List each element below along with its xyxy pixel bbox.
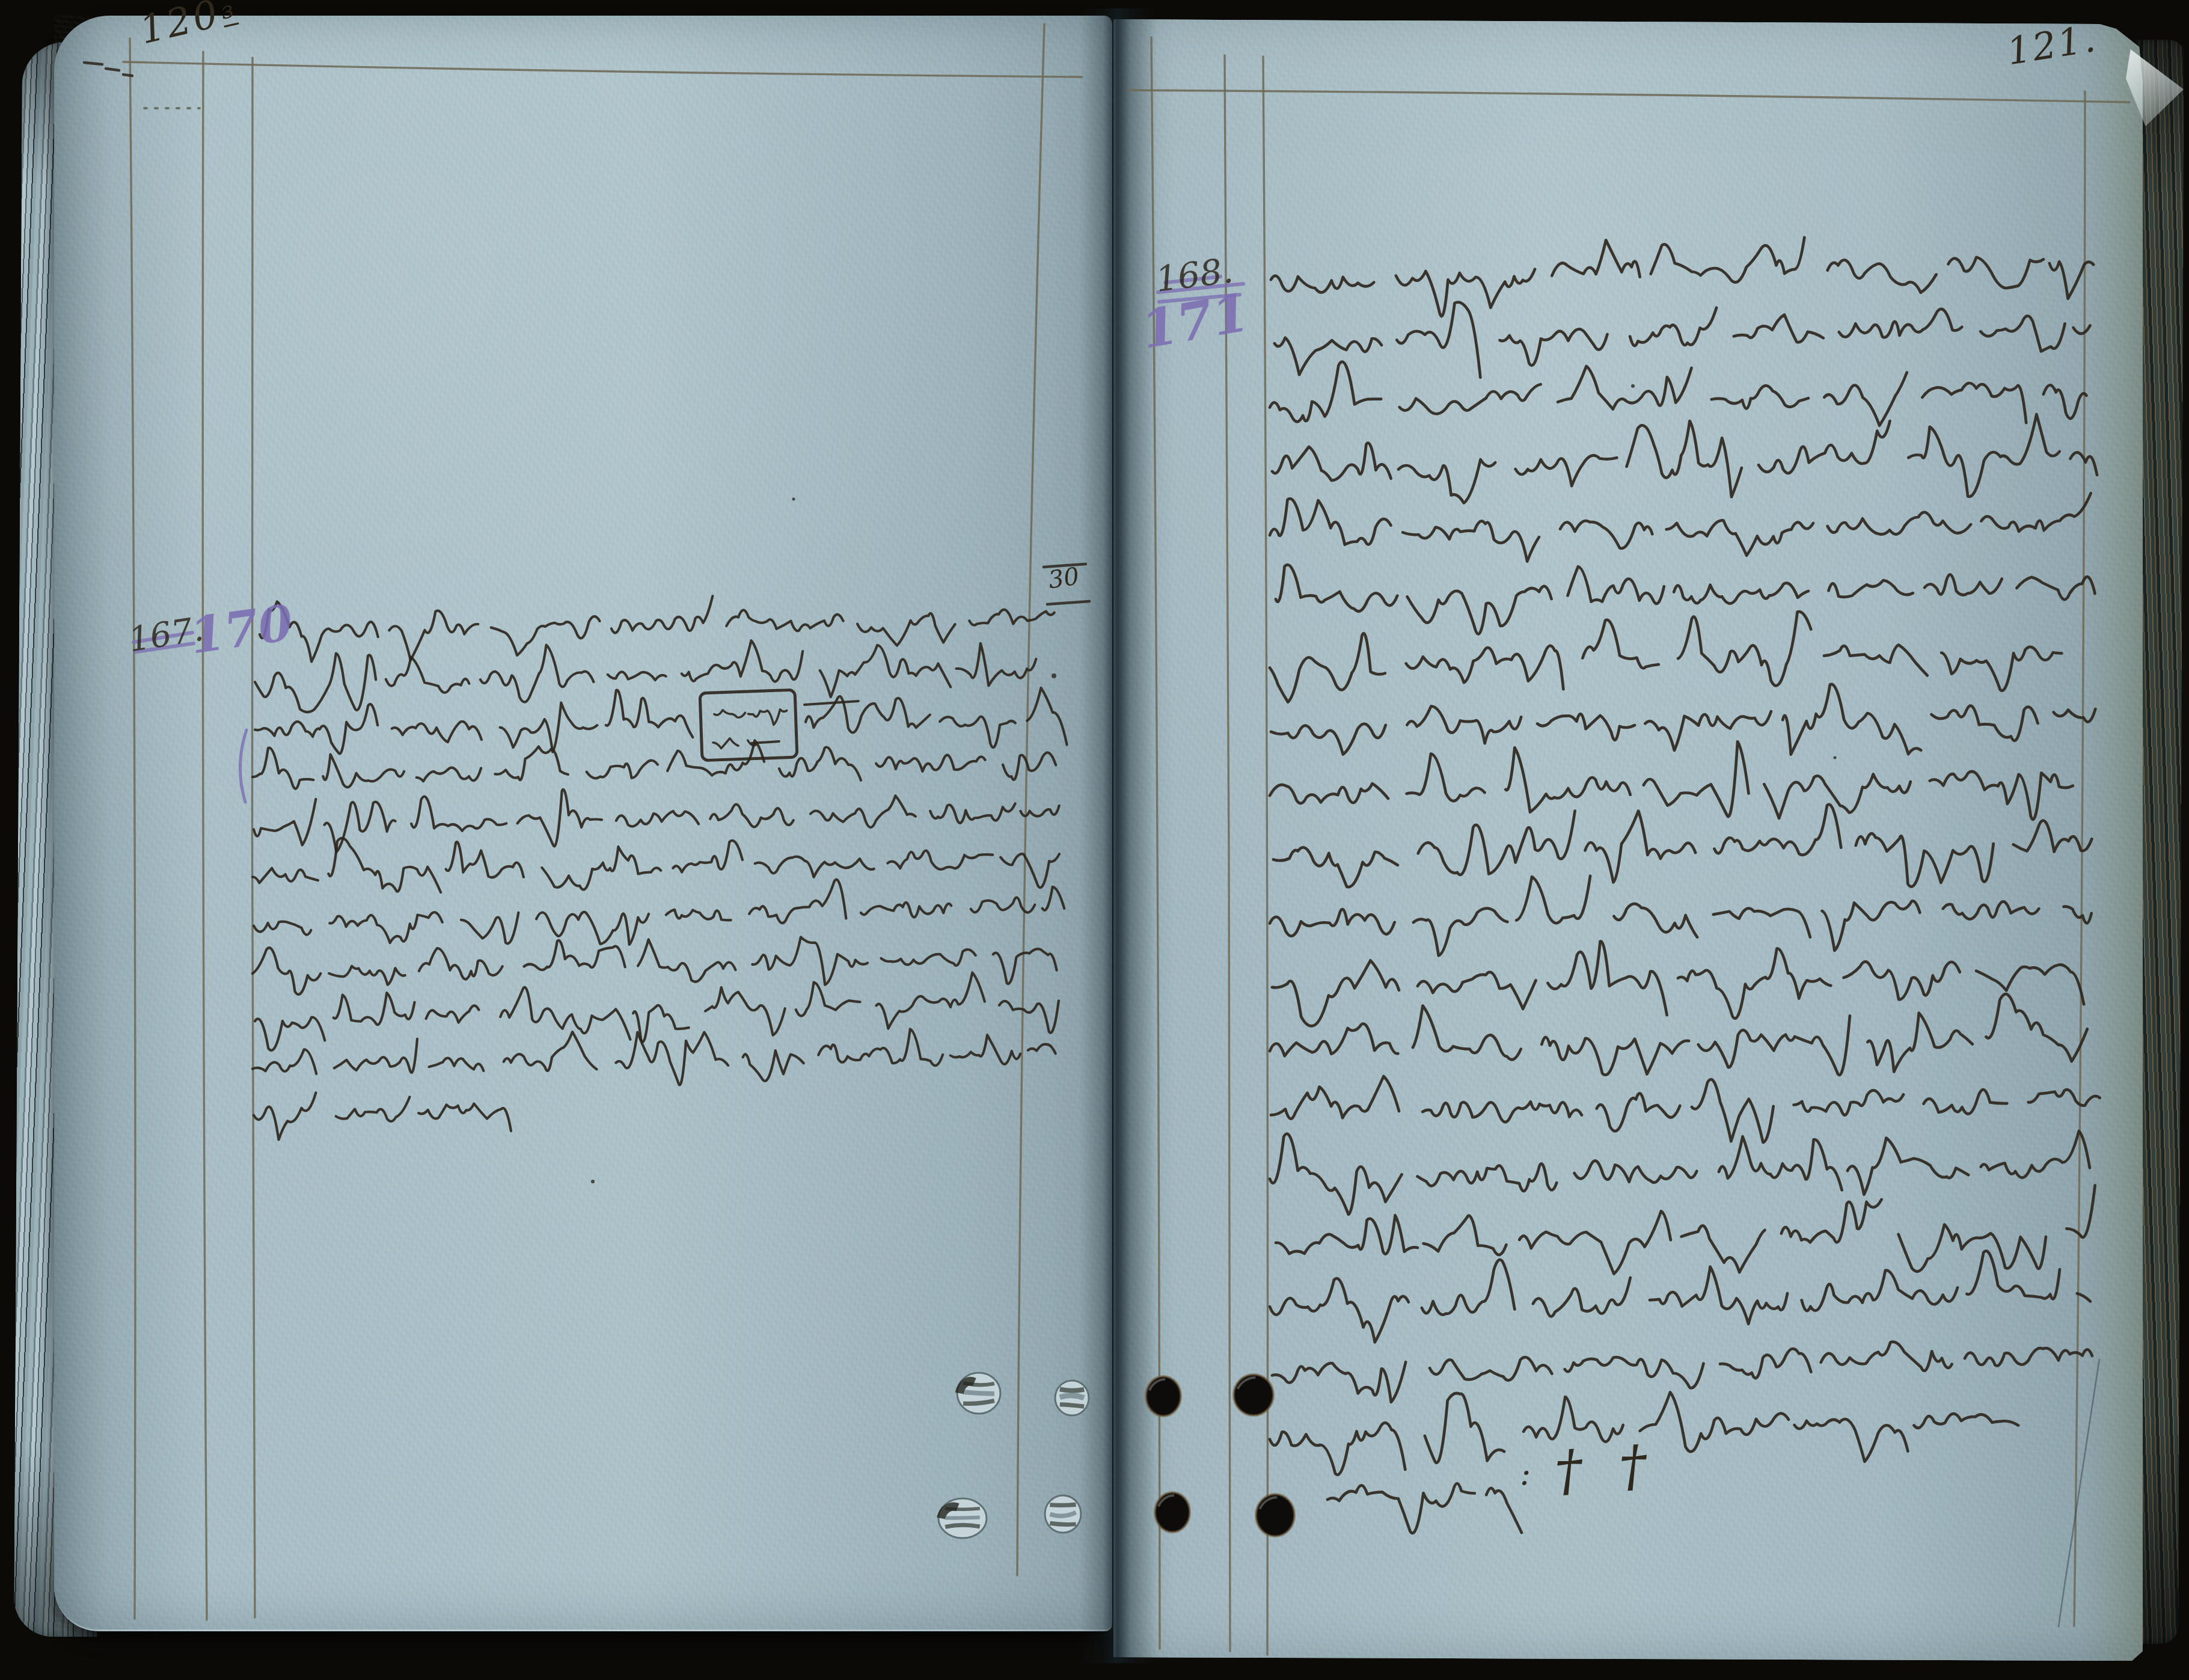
manuscript-book-scan: 120з 121. 167. 170 168. 171 30 : † † xyxy=(0,0,2189,1680)
punch-hole-plugged xyxy=(957,1373,1000,1414)
punch-hole-plugged xyxy=(1045,1495,1081,1533)
punch-hole-through xyxy=(1256,1494,1294,1536)
punch-hole-through xyxy=(1155,1492,1190,1532)
closing-cross-marks: † † xyxy=(1553,1437,1658,1500)
ink-overlay xyxy=(0,0,2189,1680)
punch-hole-plugged xyxy=(938,1498,987,1538)
small-ink-marks xyxy=(84,63,2099,1627)
punch-holes xyxy=(938,1373,1294,1538)
handwriting-left-page xyxy=(253,596,1067,1139)
punch-hole-through xyxy=(1234,1375,1273,1415)
punch-hole-plugged xyxy=(1055,1381,1089,1415)
closing-colon-mark: : xyxy=(1520,1458,1531,1490)
margin-number-left-new: 170 xyxy=(187,598,296,661)
inline-boxed-annotation xyxy=(700,690,859,760)
sheet-side-note: 30 xyxy=(1047,565,1080,593)
handwriting-right-page xyxy=(1270,238,2100,1533)
punch-hole-through xyxy=(1146,1376,1181,1416)
